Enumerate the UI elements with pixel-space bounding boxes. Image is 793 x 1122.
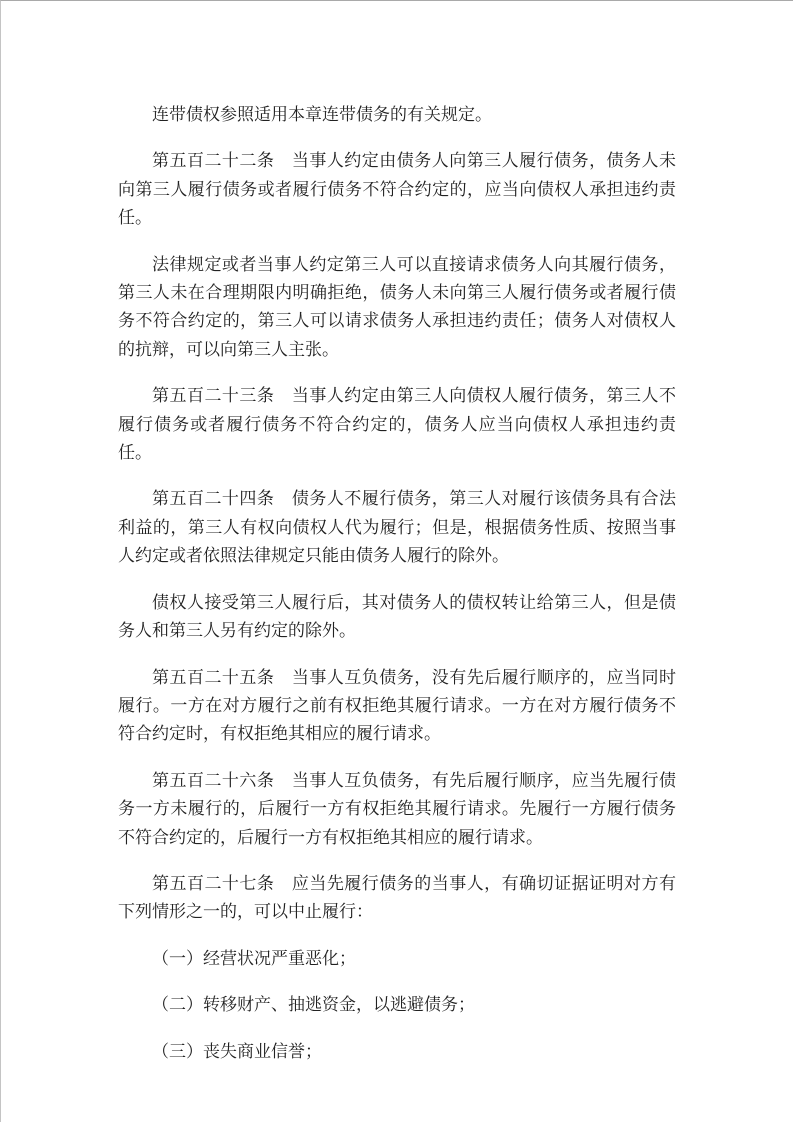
- solidary-claims-paragraph: 连带债权参照适用本章连带债务的有关规定。: [118, 101, 676, 129]
- article-522-paragraph-2: 法律规定或者当事人约定第三人可以直接请求债务人向其履行债务，第三人未在合理期限内…: [118, 251, 676, 365]
- article-526-paragraph: 第五百二十六条 当事人互负债务，有先后履行顺序，应当先履行债务一方未履行的，后履…: [118, 767, 676, 852]
- article-522-paragraph-1: 第五百二十二条 当事人约定由债务人向第三人履行债务，债务人未向第三人履行债务或者…: [118, 147, 676, 232]
- article-527-item-1: （一）经营状况严重恶化；: [118, 945, 676, 973]
- document-text-block: 连带债权参照适用本章连带债务的有关规定。 第五百二十二条 当事人约定由债务人向第…: [118, 101, 676, 1084]
- article-524-paragraph-1: 第五百二十四条 债务人不履行债务，第三人对履行该债务具有合法利益的，第三人有权向…: [118, 485, 676, 570]
- article-524-paragraph-2: 债权人接受第三人履行后，其对债务人的债权转让给第三人，但是债务人和第三人另有约定…: [118, 589, 676, 646]
- article-527-item-2: （二）转移财产、抽逃资金，以逃避债务；: [118, 991, 676, 1019]
- document-page: 连带债权参照适用本章连带债务的有关规定。 第五百二十二条 当事人约定由债务人向第…: [0, 0, 793, 1122]
- article-523-paragraph: 第五百二十三条 当事人约定由第三人向债权人履行债务，第三人不履行债务或者履行债务…: [118, 382, 676, 467]
- article-527-intro-paragraph: 第五百二十七条 应当先履行债务的当事人，有确切证据证明对方有下列情形之一的，可以…: [118, 870, 676, 927]
- article-525-paragraph: 第五百二十五条 当事人互负债务，没有先后履行顺序的，应当同时履行。一方在对方履行…: [118, 664, 676, 749]
- article-527-item-3: （三）丧失商业信誉；: [118, 1038, 676, 1066]
